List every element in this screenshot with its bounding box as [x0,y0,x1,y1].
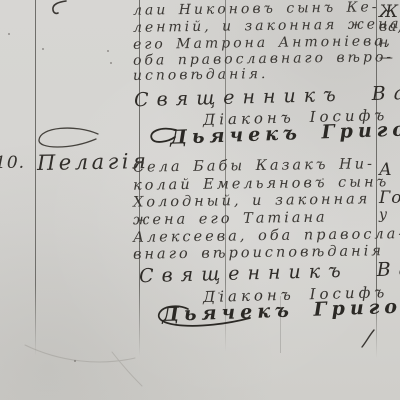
record-text-line: Села Бабы Казакъ Ни- [133,157,375,175]
record-text-line: лаи Никоновъ сынъ Ке- [133,0,380,17]
record-text-line: колай Емельяновъ сынъ [133,175,389,193]
record-number: 10. [0,155,25,172]
record-text-line: исповѣданія. [133,67,269,83]
record-text-line: Холодный, и законная [133,192,371,210]
margin-fragment: н [379,35,389,51]
record-text-line: жена его Татіана [133,211,328,228]
ink-speck [107,50,109,52]
margin-fragment: А [379,160,393,180]
margin-fragment: у [379,207,388,223]
ink-speck [74,360,76,362]
margin-fragment: — [379,50,394,66]
record-text-line: лентій, и законная жена [133,17,400,35]
ink-speck [8,33,10,35]
ink-speck [42,48,44,50]
margin-fragment: ва, [379,19,400,35]
ink-speck [110,62,112,64]
margin-fragment: Го [379,188,400,208]
register-page-scan: лаи Никоновъ сынъ Ке- лентій, и законная… [0,0,400,400]
